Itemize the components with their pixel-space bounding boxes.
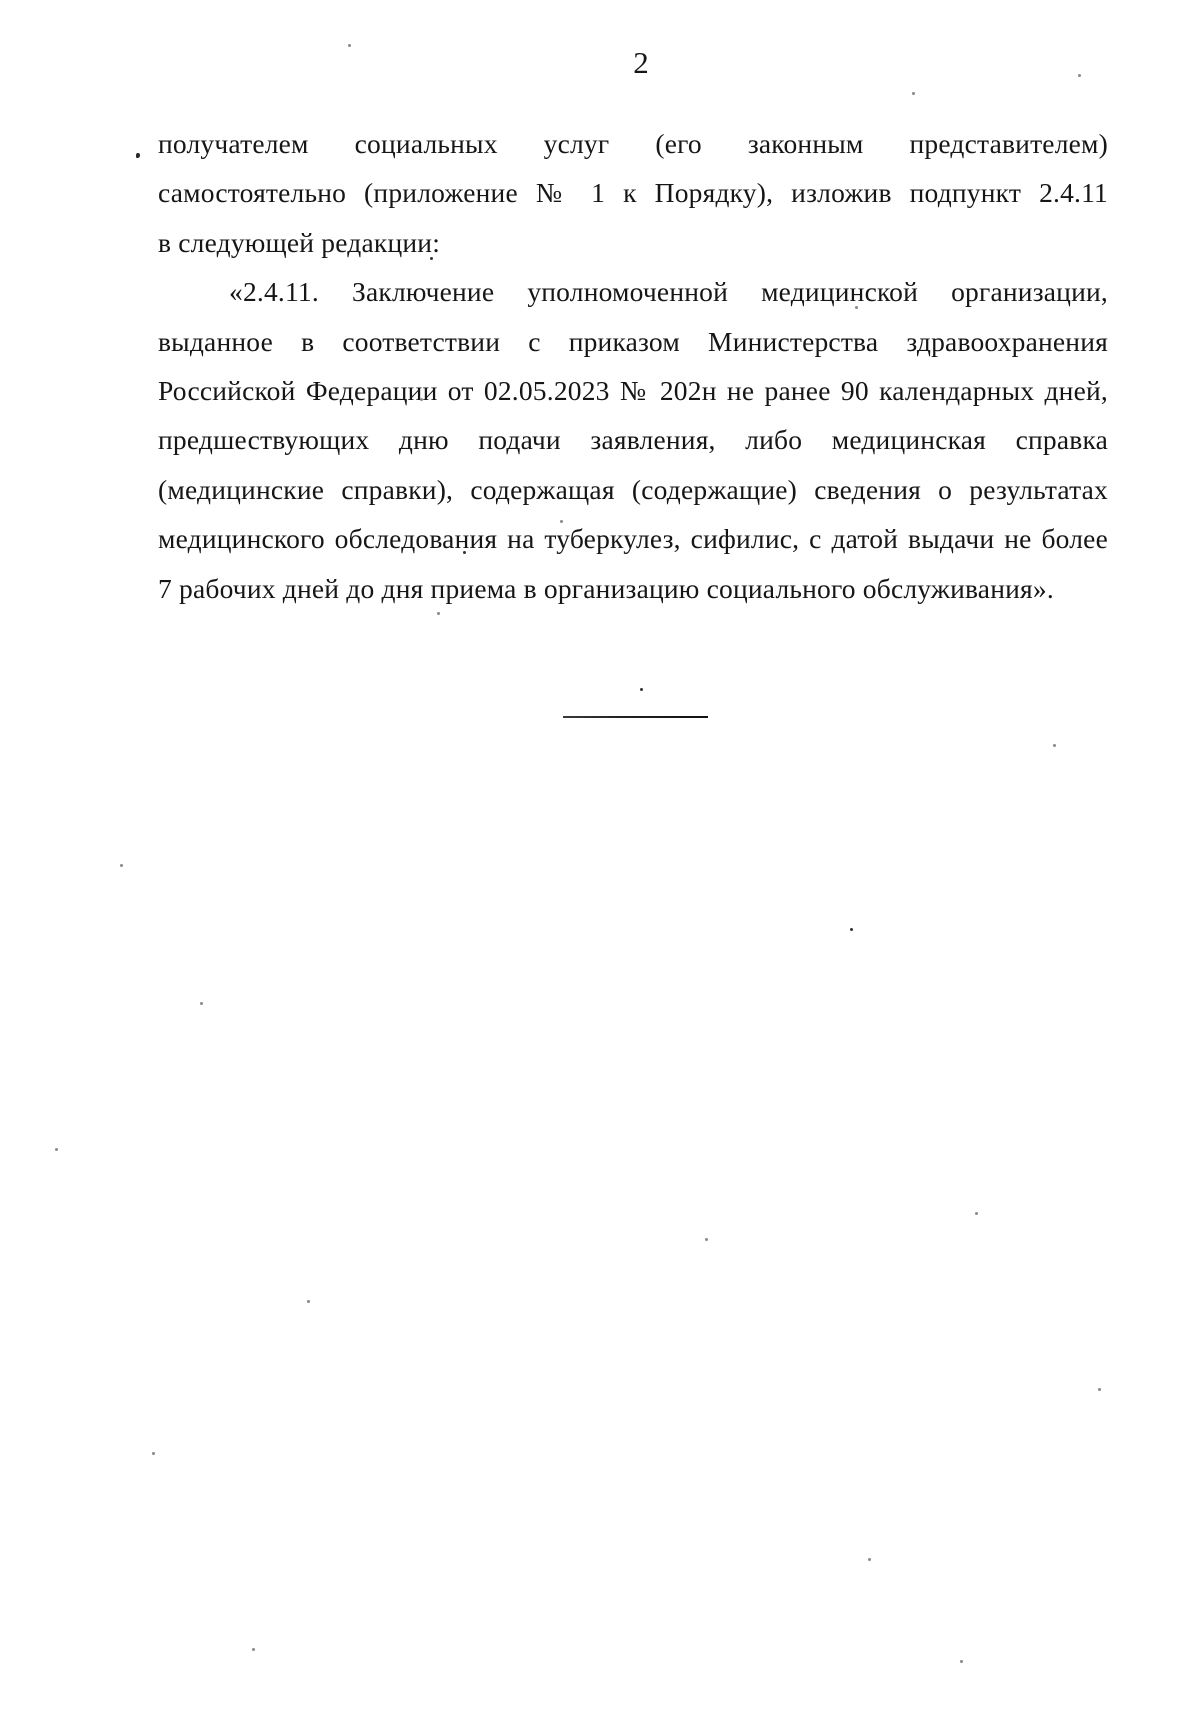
scan-speck: [463, 551, 466, 554]
scan-speck: [912, 92, 915, 95]
scan-speck: [960, 1660, 963, 1663]
text-line: самостоятельно (приложение № 1 к Порядку…: [158, 168, 1108, 217]
text-line: 7 рабочих дней до дня приема в организац…: [158, 564, 1108, 613]
scan-speck: [437, 612, 440, 615]
text-line: медицинского обследования на туберкулез,…: [158, 514, 1108, 563]
scan-speck: [200, 1002, 203, 1005]
scan-speck: [55, 1148, 58, 1151]
scan-speck: [705, 1238, 708, 1241]
text-line: предшествующих дню подачи заявления, либ…: [158, 415, 1108, 464]
scan-speck: [1098, 1388, 1101, 1391]
document-page: 2 получателем социальных услуг (его зако…: [0, 0, 1200, 1720]
paragraph-subclause-2-4-11: «2.4.11. Заключение уполномоченной медиц…: [158, 267, 1108, 613]
text-line: в следующей редакции:: [158, 218, 1108, 267]
scan-speck: [868, 1558, 871, 1561]
scan-speck: [136, 153, 140, 158]
scan-speck: [120, 864, 123, 867]
scan-speck: [640, 688, 643, 691]
text-block: получателем социальных услуг (его законн…: [158, 119, 1108, 613]
scan-speck: [420, 398, 423, 401]
scan-speck: [1078, 74, 1081, 77]
page-number: 2: [628, 46, 654, 80]
text-line: «2.4.11. Заключение уполномоченной медиц…: [158, 267, 1108, 316]
scan-speck: [152, 1452, 155, 1455]
scan-speck: [1053, 744, 1056, 747]
scan-speck: [252, 1648, 255, 1651]
text-line: получателем социальных услуг (его законн…: [158, 119, 1108, 168]
scan-speck: [850, 928, 853, 931]
scan-speck: [560, 520, 563, 523]
text-line: (медицинские справки), содержащая (содер…: [158, 465, 1108, 514]
text-line: выданное в соответствии с приказом Минис…: [158, 317, 1108, 366]
scan-speck: [855, 306, 858, 309]
section-separator: [563, 716, 708, 718]
paragraph-continuation: получателем социальных услуг (его законн…: [158, 119, 1108, 267]
scan-speck: [975, 1212, 978, 1215]
scan-speck: [307, 1300, 310, 1303]
scan-speck: [430, 257, 433, 260]
scan-speck: [348, 44, 351, 47]
text-line: Российской Федерации от 02.05.2023 № 202…: [158, 366, 1108, 415]
